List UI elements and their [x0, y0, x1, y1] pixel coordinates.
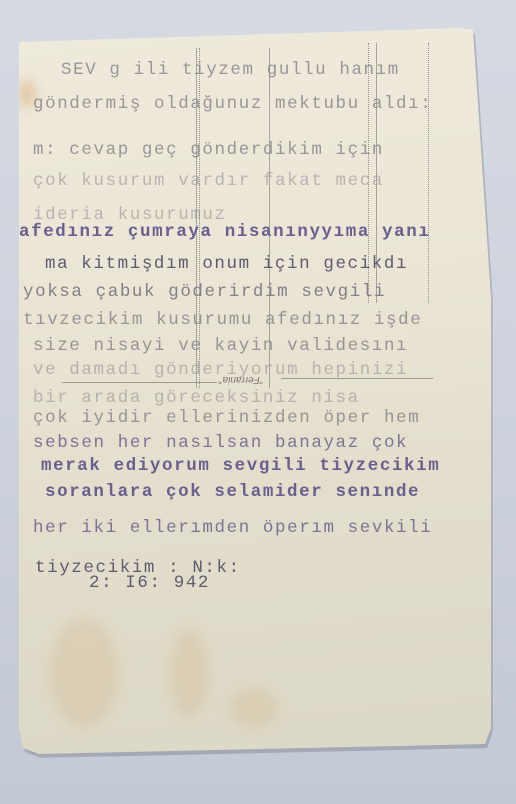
text-line-6: afedınız çumraya nisanınyyıma yanı — [19, 222, 430, 242]
text-line-7: ma kitmişdım onum için gecikdı — [45, 254, 408, 274]
stain-lower-left — [49, 618, 119, 728]
postcard-back: "Ferrania" SEV g ili tiyzem gullu hanım … — [19, 28, 491, 754]
text-line-13: çok iyidir ellerinizden öper hem — [33, 408, 420, 428]
text-line-17: her iki ellerımden öperım sevkili — [33, 518, 432, 538]
stain-lower-mid — [169, 628, 209, 718]
vertical-rule-4-dots — [428, 43, 429, 303]
text-line-19: 2: I6: 942 — [89, 573, 210, 593]
text-line-11: ve damadı gönderiyorum hepinizi — [33, 360, 408, 380]
text-line-1: SEV g ili tiyzem gullu hanım — [61, 60, 400, 80]
text-line-14: sebsen her nasılsan banayaz çok — [33, 433, 408, 453]
text-line-8: yoksa çabuk göderirdim sevgili — [23, 282, 386, 302]
text-line-3: m: cevap geç gönderdikim için — [33, 140, 384, 160]
text-line-16: soranlara çok selamider senınde — [45, 482, 420, 502]
text-line-10: size nisayi ve kayin validesını — [33, 336, 408, 356]
text-line-15: merak ediyorum sevgili tiyzecikim — [41, 456, 440, 476]
horizontal-rule-left — [62, 382, 217, 383]
text-line-12: bir arada göreceksiniz nisa — [33, 388, 360, 408]
stain-lower-right — [229, 688, 279, 728]
text-line-2: göndermiş oldağunuz mektubu aldı: — [33, 94, 432, 114]
text-line-4: çok kusurum vardır fakat meca — [33, 171, 384, 191]
text-line-9: tıvzecikim kusurumu afedınız işde — [23, 310, 422, 330]
